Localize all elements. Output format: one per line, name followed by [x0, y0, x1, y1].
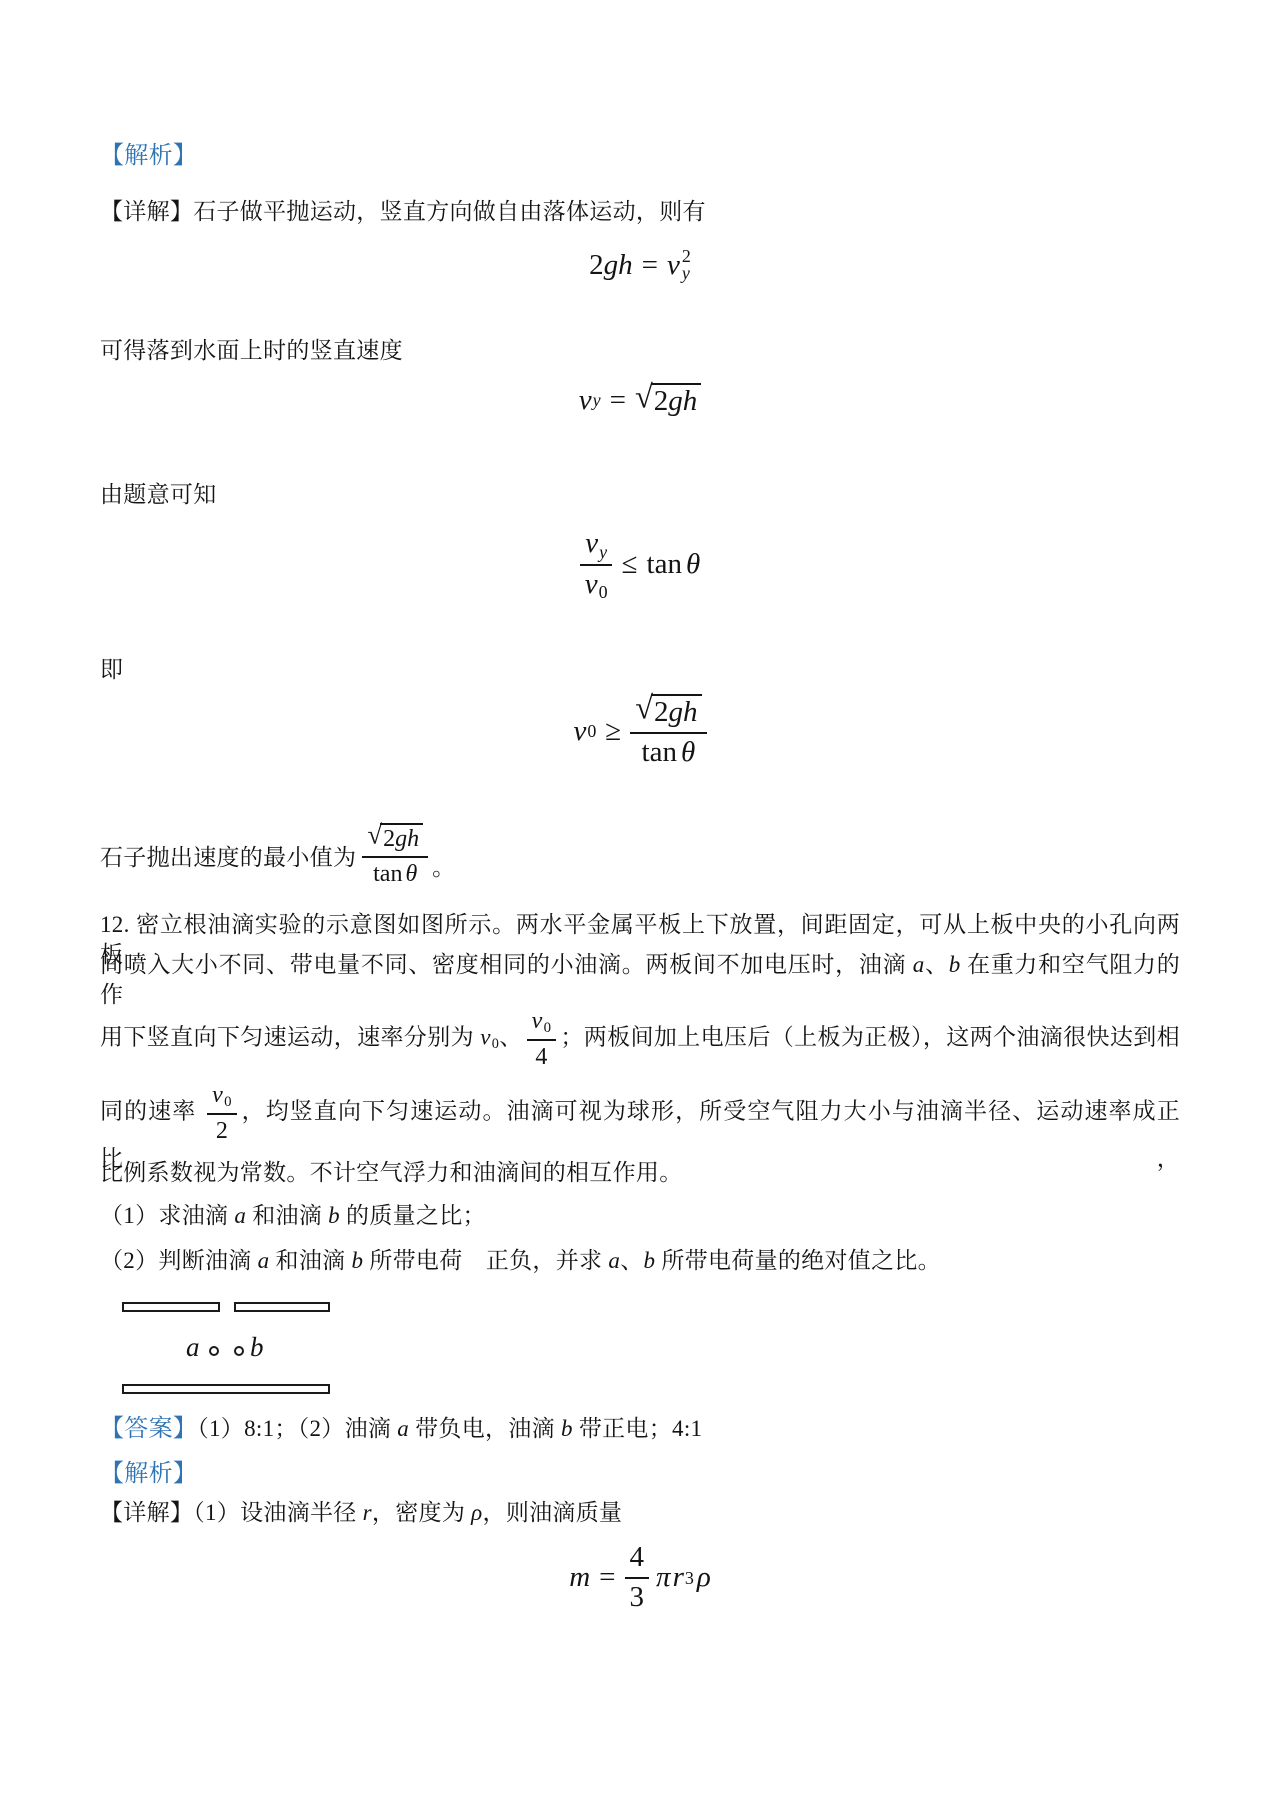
supsub-stack: 2y [682, 248, 691, 282]
superscript-3: 3 [685, 1569, 694, 1587]
equals-sign: = [599, 1562, 615, 1592]
fraction-v0-over-4: v04 [527, 1008, 557, 1070]
text-that-is: 即 [100, 655, 1180, 685]
var-r: r [673, 1562, 684, 1592]
tan-function: tan [373, 861, 402, 887]
q12-subquestion-2: （2）判断油滴 a 和油滴 b 所带电荷 正负，并求 a、b 所带电荷量的绝对值… [100, 1246, 1180, 1276]
q2-text: 所带电荷 正负，并求 [363, 1248, 608, 1273]
fraction-4-over-3: 43 [625, 1542, 650, 1614]
enumeration-comma: 、 [620, 1248, 643, 1273]
var-v: v [585, 527, 598, 559]
subscript-0: 0 [224, 1094, 232, 1110]
var-v: v [573, 716, 586, 746]
oil-drop-a-circle [209, 1346, 219, 1356]
var-v: v [667, 250, 680, 280]
var-theta: θ [405, 861, 417, 887]
radicand: 2gh [651, 383, 702, 416]
var-b: b [561, 1416, 573, 1441]
var-a: a [397, 1416, 409, 1441]
detail-line-q12: 【详解】（1）设油滴半径 r，密度为 ρ，则油滴质量 [100, 1498, 1180, 1528]
vars-gh: gh [668, 385, 697, 417]
var-v: v [532, 1008, 543, 1034]
subscript-y: y [593, 391, 601, 409]
q2-text: （2）判断油滴 [100, 1248, 258, 1273]
formula-vy-over-v0: vy v0 ≤ tanθ [100, 522, 1180, 607]
vars-gh: gh [669, 696, 698, 728]
fraction: √2gh tanθ [362, 823, 428, 887]
radicand: 2gh [380, 823, 423, 852]
fraction-numerator: v0 [527, 1008, 557, 1041]
oil-drop-a-label: a [186, 1332, 200, 1363]
radical-sign: √ [635, 383, 653, 414]
coef-2: 2 [383, 826, 395, 852]
q12-line2: 间喷入大小不同、带电量不同、密度相同的小油滴。两板间不加电压时，油滴 a、b 在… [100, 950, 1180, 1011]
q12-line2-text: 间喷入大小不同、带电量不同、密度相同的小油滴。两板间不加电压时，油滴 [100, 952, 913, 977]
var-rho: ρ [471, 1500, 482, 1525]
fraction-denominator: 4 [530, 1041, 552, 1070]
tan-function: tan [647, 549, 682, 579]
answer-text: 带正电；4:1 [573, 1416, 703, 1441]
fraction-denominator: tanθ [637, 734, 701, 769]
document-page: 【解析】 【详解】石子做平抛运动，竖直方向做自由落体运动，则有 2gh=v2y … [0, 0, 1280, 1810]
coef-2: 2 [654, 385, 669, 417]
enumeration-comma: 、 [925, 952, 949, 977]
q2-text: 所带电荷量的绝对值之比。 [655, 1248, 941, 1273]
text-from-problem: 由题意可知 [100, 480, 1180, 510]
radical: √2gh [635, 694, 701, 729]
conclusion-text: 石子抛出速度的最小值为 [100, 839, 356, 872]
answer-line-q12: 【答案】（1）8:1；（2）油滴 a 带负电，油滴 b 带正电；4:1 [100, 1414, 1180, 1446]
q12-line4-text: 同的速率 [100, 1098, 203, 1123]
coef-2: 2 [654, 696, 669, 728]
var-v: v [579, 385, 592, 415]
q12-line3: 用下竖直向下匀速运动，速率分别为 v0、v04；两板间加上电压后（上板为正极），… [100, 1008, 1180, 1070]
var-b: b [328, 1203, 340, 1228]
answer-text: （1）8:1；（2）油滴 [197, 1416, 397, 1441]
fraction-numerator: v0 [207, 1082, 237, 1115]
answer-text: 带负电，油滴 [409, 1416, 561, 1441]
period-mark: 。 [432, 849, 455, 882]
detail-text: ，密度为 [372, 1500, 471, 1525]
q1-text: 的质量之比； [340, 1203, 486, 1228]
answer-label: 【答案】 [100, 1416, 197, 1442]
vars-gh: gh [604, 250, 633, 280]
q12-line3-text: ；两板间加上电压后（上板为正极），这两个油滴很快达到相 [560, 1024, 1180, 1049]
oil-drop-b-circle [234, 1346, 244, 1356]
coef-2: 2 [589, 250, 604, 280]
subscript-y: y [599, 542, 607, 562]
q12-subquestion-1: （1）求油滴 a 和油滴 b 的质量之比； [100, 1201, 1180, 1231]
subscript-0: 0 [587, 722, 596, 740]
var-a: a [234, 1203, 246, 1228]
var-b: b [351, 1248, 363, 1273]
var-a: a [608, 1248, 620, 1273]
bottom-plate [122, 1384, 330, 1394]
radical: √2gh [635, 383, 701, 416]
radicand: 2gh [651, 694, 702, 729]
radical-sign: √ [367, 823, 382, 849]
equals-sign: = [610, 385, 626, 415]
enumeration-comma: 、 [499, 1024, 522, 1049]
var-b: b [949, 952, 961, 977]
var-b: b [644, 1248, 656, 1273]
top-plate-right [234, 1302, 330, 1312]
fraction-denominator: 2 [211, 1115, 233, 1144]
fraction-numerator: √2gh [362, 823, 428, 857]
subscript-0: 0 [599, 582, 608, 602]
formula-2gh-equals-vy2: 2gh=v2y [100, 235, 1180, 295]
detail-line-q11: 【详解】石子做平抛运动，竖直方向做自由落体运动，则有 [100, 197, 1180, 227]
detail-text: ，则油滴质量 [483, 1500, 623, 1525]
analysis-label-q11: 【解析】 [100, 141, 1180, 173]
var-rho: ρ [697, 1562, 711, 1592]
fraction-denominator: v0 [580, 566, 613, 601]
q12-line5: 比例系数视为常数。不计空气浮力和油滴间的相互作用。 [100, 1158, 1180, 1188]
analysis-label-q12: 【解析】 [100, 1459, 1180, 1491]
equals-sign: = [642, 250, 658, 280]
var-theta: θ [681, 736, 695, 768]
vars-gh: gh [395, 826, 419, 852]
radical-sign: √ [635, 693, 653, 724]
fraction-denominator: tanθ [368, 858, 422, 887]
formula-v0-min: v0 ≥ √2gh tanθ [100, 688, 1180, 774]
conclusion-line-q11: 石子抛出速度的最小值为 √2gh tanθ 。 [100, 815, 1180, 895]
fraction: vy v0 [580, 528, 613, 600]
var-theta: θ [686, 549, 700, 579]
text-vertical-speed: 可得落到水面上时的竖直速度 [100, 336, 1180, 366]
q1-text: 和油滴 [246, 1203, 328, 1228]
var-a: a [258, 1248, 270, 1273]
var-pi: π [656, 1562, 671, 1592]
top-plate-left [122, 1302, 220, 1312]
tan-function: tan [642, 736, 677, 768]
subscript-y: y [682, 265, 690, 282]
fraction-denominator: 3 [625, 1579, 650, 1614]
formula-oil-drop-mass: m = 43 π r3 ρ [100, 1535, 1180, 1620]
var-v: v [480, 1024, 491, 1049]
oil-drop-b-label: b [250, 1332, 264, 1363]
var-v: v [585, 568, 598, 600]
q2-text: 和油滴 [269, 1248, 351, 1273]
radical: √2gh [367, 823, 423, 852]
q1-text: （1）求油滴 [100, 1203, 234, 1228]
fraction: √2gh tanθ [630, 694, 706, 769]
var-r: r [363, 1500, 372, 1525]
subscript-0: 0 [544, 1020, 552, 1036]
formula-vy-equals-sqrt2gh: vy=√2gh [100, 370, 1180, 430]
fraction-numerator: vy [580, 528, 612, 565]
fraction-numerator: 4 [625, 1542, 650, 1579]
detail-text: 【详解】（1）设油滴半径 [100, 1500, 363, 1525]
var-a: a [913, 952, 925, 977]
less-equal-sign: ≤ [622, 549, 638, 579]
q12-line3-text: 用下竖直向下匀速运动，速率分别为 [100, 1024, 480, 1049]
var-v: v [212, 1082, 223, 1108]
fraction-v0-over-2: v02 [207, 1082, 237, 1144]
var-m: m [569, 1562, 590, 1592]
greater-equal-sign: ≥ [605, 716, 621, 746]
fraction-numerator: √2gh [630, 694, 706, 734]
